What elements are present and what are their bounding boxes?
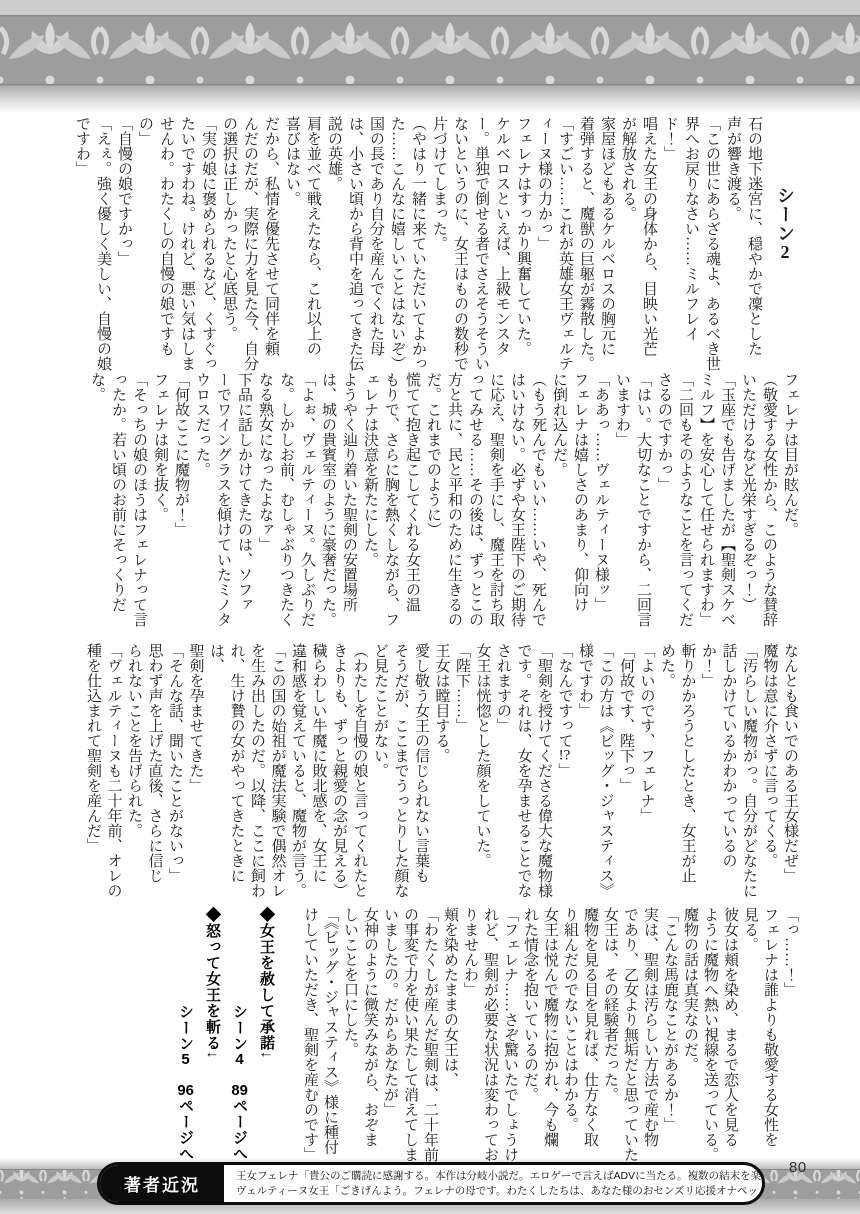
text-column: られないことを告げられた。 bbox=[124, 643, 145, 905]
text-column: 魔物を見る目を見れば、仕方なく取 bbox=[580, 907, 600, 1169]
text-column: ってみせる……その後は、ずっとこの bbox=[464, 372, 485, 634]
author-note-line-2: ヴェルティーヌ女王「ごきげんよう。フェレナの母です。わたくしたちは、あなた様のお… bbox=[236, 1184, 765, 1199]
text-band-2: フェレナは目が眩んだ。（敬愛する女性から、このような賛辞いただけるなど光栄すぎる… bbox=[86, 372, 800, 634]
text-column: 種を仕込まれて聖剣を産んだ」 bbox=[83, 643, 104, 905]
text-column: さるのですかっ」 bbox=[653, 372, 674, 634]
spacer bbox=[282, 907, 300, 1169]
text-column: 女王は恍惚とした顔をしていた。 bbox=[472, 643, 493, 905]
text-column: な。しかしお前、むしゃぶりつきたく bbox=[275, 372, 296, 634]
text-column: なんとも食いでのある王女様だぜ」 bbox=[780, 643, 801, 905]
text-column: だ。これまでのように） bbox=[422, 372, 443, 634]
text-column: の選択は正しかったと心底思う。 bbox=[218, 116, 239, 378]
text-column: 「はい。大切なことですから、二回言 bbox=[632, 372, 653, 634]
text-column: ように魔物へ熱い視線を送っている。 bbox=[700, 907, 720, 1169]
text-column: ど見たことがない。 bbox=[370, 643, 391, 905]
page-number: 80 bbox=[789, 1159, 807, 1176]
author-note-line-1: 王女フェレナ「貴公のご購読に感謝する。本作は分岐小説だ。エロゲーで言えばADVに… bbox=[236, 1169, 765, 1184]
text-column: か！」 bbox=[698, 643, 719, 905]
text-column: 「この国の始祖が魔法実験で偶然オレ bbox=[267, 643, 288, 905]
text-column: 下品に話しかけてきたのは、ソファ bbox=[233, 372, 254, 634]
text-column: 話しかけているかわかっているの bbox=[718, 643, 739, 905]
text-column: たいですわね。けれど、悪い気はしま bbox=[176, 116, 197, 378]
text-column: ウロスだった。 bbox=[191, 372, 212, 634]
text-column: （やはり一緒に来ていただいてよかっ bbox=[407, 116, 428, 378]
text-column: 「フェレナ……さぞ驚いたでしょうけ bbox=[500, 907, 520, 1169]
choice: シーン4 89ページへ bbox=[228, 907, 250, 1169]
text-column: もりで、さらに胸を熱くしながら、フ bbox=[380, 372, 401, 634]
text-column: （もう死んでもいい……いや、死んで bbox=[527, 372, 548, 634]
tatechuyoko: !? bbox=[557, 748, 573, 763]
text-column: 王女は瞠目する。 bbox=[431, 643, 452, 905]
text-column: フェレナは目が眩んだ。 bbox=[779, 372, 800, 634]
text-column: りませんわ」 bbox=[460, 907, 480, 1169]
text-column: ケルベロスといえば、上級モンスタ bbox=[491, 116, 512, 378]
text-column: 「こんな馬鹿なことがあるか！」 bbox=[660, 907, 680, 1169]
text-column: 魔物の話は真実なのだ。 bbox=[680, 907, 700, 1169]
text-column: 「えぇ。強く優しく美しい、自慢の娘 bbox=[92, 116, 113, 378]
text-column: 「そんな話、聞いたことがないっ」 bbox=[165, 643, 186, 905]
text-column: 「わたくしが産んだ聖剣は、二十年前 bbox=[420, 907, 440, 1169]
choice: ◆怒って女王を斬る↓ bbox=[201, 907, 223, 1169]
text-column: 女神のように微笑みながら、おぞま bbox=[360, 907, 380, 1169]
text-column: 実は、聖剣は汚らしい方法で産む物 bbox=[640, 907, 660, 1169]
text-column: 「《ビッグ・ジャスティス》様に種付 bbox=[320, 907, 340, 1169]
text-column: ようやく辿り着いた聖剣の安置場所 bbox=[338, 372, 359, 634]
text-column: 違和感を覚えていると、魔物が言う。 bbox=[288, 643, 309, 905]
text-column: 「何故ここに魔物が！」 bbox=[170, 372, 191, 634]
text-column: 「陛下……」 bbox=[452, 643, 473, 905]
text-column: けしていただき、聖剣を産むのです」 bbox=[300, 907, 320, 1169]
text-column: そうだが、ここまでうっとりした顔な bbox=[390, 643, 411, 905]
text-column: 方と共に、民と平和のために生きるの bbox=[443, 372, 464, 634]
text-column: いただけるなど光栄すぎるぞっ！） bbox=[737, 372, 758, 634]
text-column: 界へお戻りなさい……ミルフレイ bbox=[680, 116, 701, 378]
text-column: れた情念を抱いているのだ。 bbox=[520, 907, 540, 1169]
text-column: 「よぉ、ヴェルティーヌ。久しぶりだ bbox=[296, 372, 317, 634]
text-band-4: 「っ……！」フェレナは誰よりも敬愛する女性を見る。彼女は頬を染め、まるで恋人を見… bbox=[169, 907, 800, 1169]
text-column: いますわ」 bbox=[611, 372, 632, 634]
text-column: れど、聖剣が必要な状況は変わってお bbox=[480, 907, 500, 1169]
choice: ◆女王を赦して承諾↓ bbox=[255, 907, 277, 1169]
text-column: されますの」 bbox=[493, 643, 514, 905]
text-column: フェレナはすっかり興奮していた。 bbox=[512, 116, 533, 378]
text-column: だから、私情を優先させて同伴を頼 bbox=[260, 116, 281, 378]
text-column: ェレナは決意を新たにした。 bbox=[359, 372, 380, 634]
text-column: ー。単独で倒せる者でさえそうそうい bbox=[470, 116, 491, 378]
text-column: 肩を並べて戦えたなら、これ以上の bbox=[302, 116, 323, 378]
author-note-text: 王女フェレナ「貴公のご購読に感謝する。本作は分岐小説だ。エロゲーで言えばADVに… bbox=[224, 1165, 765, 1202]
text-column: ィーヌ様の力かっ」 bbox=[533, 116, 554, 378]
text-column: 説の英雄。 bbox=[323, 116, 344, 378]
tatechuyoko: 5 bbox=[177, 1052, 194, 1067]
text-column: 穢らわしい牛魔に敗北感を、女王に bbox=[308, 643, 329, 905]
text-column: 女王は、その経験者だった。 bbox=[600, 907, 620, 1169]
text-column: た……こんなに嬉しいことはないぞ） bbox=[386, 116, 407, 378]
text-column: 「よいのです、フェレナ」 bbox=[636, 643, 657, 905]
text-column: はいけない。必ずや女王陛下のご期待 bbox=[506, 372, 527, 634]
text-column: は、小さい頃から背中を追ってきた伝 bbox=[344, 116, 365, 378]
text-band-1: シーン2石の地下迷宮に、穏やかで凜とした声が響き渡る。「この世にあらざる魂よ、あ… bbox=[71, 116, 800, 378]
text-column: 思わず声を上げた直後、さらに信じ bbox=[144, 643, 165, 905]
novel-page: シーン2石の地下迷宮に、穏やかで凜とした声が響き渡る。「この世にあらざる魂よ、あ… bbox=[0, 0, 860, 1214]
text-column: が解放される。 bbox=[617, 116, 638, 378]
text-column: 慌てて抱き起こしてくれる女王の温 bbox=[401, 372, 422, 634]
text-column: 愛し敬う女王の信じられない言葉も bbox=[411, 643, 432, 905]
text-column: しいことを口にした。 bbox=[340, 907, 360, 1169]
text-column: なる熟女になったよなァ」 bbox=[254, 372, 275, 634]
text-column: 片づけてしまった。 bbox=[428, 116, 449, 378]
text-column: ったか。若い頃のお前にそっくりだな。 bbox=[86, 372, 128, 634]
text-column: 「汚らしい魔物がっ。自分がどなたに bbox=[739, 643, 760, 905]
text-column: いましたの。だからあなたが」 bbox=[380, 907, 400, 1169]
text-band-3: なんとも食いでのある王女様だぜ」魔物は意に介さずに言ってくる。「汚らしい魔物がっ… bbox=[83, 643, 801, 905]
text-column: に倒れ込んだ。 bbox=[548, 372, 569, 634]
text-column: 「この世にあらざる魂よ、あるべき世 bbox=[701, 116, 722, 378]
text-column: に応え、聖剣を手にし、魔王を討ち取 bbox=[485, 372, 506, 634]
text-column: れ、生け贄の女がやってきたときには、 bbox=[206, 643, 247, 905]
text-column: 喜びはない。 bbox=[281, 116, 302, 378]
text-column: り組んだのでないことはわかる。 bbox=[560, 907, 580, 1169]
text-column: （わたしを自慢の娘と言ってくれたと bbox=[349, 643, 370, 905]
text-column: 「実の娘に褒められるなど、くすぐっ bbox=[197, 116, 218, 378]
author-note-label: 著者近況 bbox=[100, 1165, 224, 1202]
text-column: 家屋ほどもあるケルベロスの胸元に bbox=[596, 116, 617, 378]
text-column: 「そっちの娘のほうはフェレナって言 bbox=[128, 372, 149, 634]
text-column: （敬愛する女性から、このような賛辞 bbox=[758, 372, 779, 634]
text-column: 聖剣を孕ませてきた」 bbox=[185, 643, 206, 905]
tatechuyoko: 4 bbox=[231, 1052, 248, 1067]
tatechuyoko: 96 bbox=[177, 1083, 194, 1098]
top-ornament-border bbox=[0, 0, 860, 112]
choice: シーン5 96ページへ bbox=[174, 907, 196, 1169]
text-column: めた。 bbox=[657, 643, 678, 905]
scene-heading: シーン2 bbox=[773, 116, 797, 378]
text-column: んだのだが、実際に力を見た今、自分 bbox=[239, 116, 260, 378]
text-column: 着弾すると、魔獣の巨躯が霧散した。 bbox=[575, 116, 596, 378]
text-column: 国の長であり自分を産んでくれた母 bbox=[365, 116, 386, 378]
text-column: 頬を染めたままの女王は、 bbox=[440, 907, 460, 1169]
text-column: 「ヴェルティーヌも二十年前、オレの bbox=[103, 643, 124, 905]
text-column: 「っ……！」 bbox=[780, 907, 800, 1169]
text-column: ーでワイングラスを傾けていたミノタ bbox=[212, 372, 233, 634]
text-column: 石の地下迷宮に、穏やかで凜とした bbox=[743, 116, 764, 378]
text-column: フェレナは誰よりも敬愛する女性を bbox=[760, 907, 780, 1169]
text-column: ミルフ】を安心して任せられますわ」 bbox=[695, 372, 716, 634]
text-column: であり、乙女より無垢だと思っていた bbox=[620, 907, 640, 1169]
text-column: フェレナは嬉しさのあまり、仰向け bbox=[569, 372, 590, 634]
text-column: 魔物は意に介さずに言ってくる。 bbox=[759, 643, 780, 905]
text-column: 見る。 bbox=[740, 907, 760, 1169]
text-column: きよりも、ずっと親愛の念が見える） bbox=[329, 643, 350, 905]
text-column: 「この方は《ビッグ・ジャスティス》 bbox=[595, 643, 616, 905]
tatechuyoko: 2 bbox=[775, 243, 795, 261]
text-column: 「玉座でも告げましたが【聖剣スケベ bbox=[716, 372, 737, 634]
text-column: を生み出したのだ。以降、ここに飼わ bbox=[247, 643, 268, 905]
text-column: ド！」 bbox=[659, 116, 680, 378]
text-column: 「自慢の娘ですかっ」 bbox=[113, 116, 134, 378]
text-column: ないというのに、女王はものの数秒で bbox=[449, 116, 470, 378]
text-column: です。それは、女を孕ませることでな bbox=[513, 643, 534, 905]
text-column: 斬りかかろうとしたとき、女王が止 bbox=[677, 643, 698, 905]
text-column: フェレナは剣を抜く。 bbox=[149, 372, 170, 634]
text-column: 女王は悦んで魔物に抱かれ、今も爛 bbox=[540, 907, 560, 1169]
text-column: 「すごい……これが英雄女王ヴェルテ bbox=[554, 116, 575, 378]
text-column: 声が響き渡る。 bbox=[722, 116, 743, 378]
author-note-box: 著者近況 王女フェレナ「貴公のご購読に感謝する。本作は分岐小説だ。エロゲーで言え… bbox=[97, 1162, 765, 1205]
text-column: 「何故です、陛下っ」 bbox=[616, 643, 637, 905]
text-column: ですわ」 bbox=[71, 116, 92, 378]
text-column: 「二回もそのようなことを言ってくだ bbox=[674, 372, 695, 634]
text-column: せんわ。わたくしの自慢の娘ですもの」 bbox=[134, 116, 176, 378]
text-column: は、城の貴賓室のように豪奢だった。 bbox=[317, 372, 338, 634]
text-column: 様ですわ」 bbox=[575, 643, 596, 905]
text-column: 「なんですって!?」 bbox=[554, 643, 575, 905]
text-column: の事変で力を使い果たして消えてしま bbox=[400, 907, 420, 1169]
text-column: 唱えた女王の身体から、目映い光芒 bbox=[638, 116, 659, 378]
tatechuyoko: 89 bbox=[231, 1083, 248, 1098]
text-column: 彼女は頬を染め、まるで恋人を見る bbox=[720, 907, 740, 1169]
text-column: 「聖剣を授けてくださる偉大な魔物様 bbox=[534, 643, 555, 905]
text-column: 「ああっ……ヴェルティーヌ様ッ」 bbox=[590, 372, 611, 634]
